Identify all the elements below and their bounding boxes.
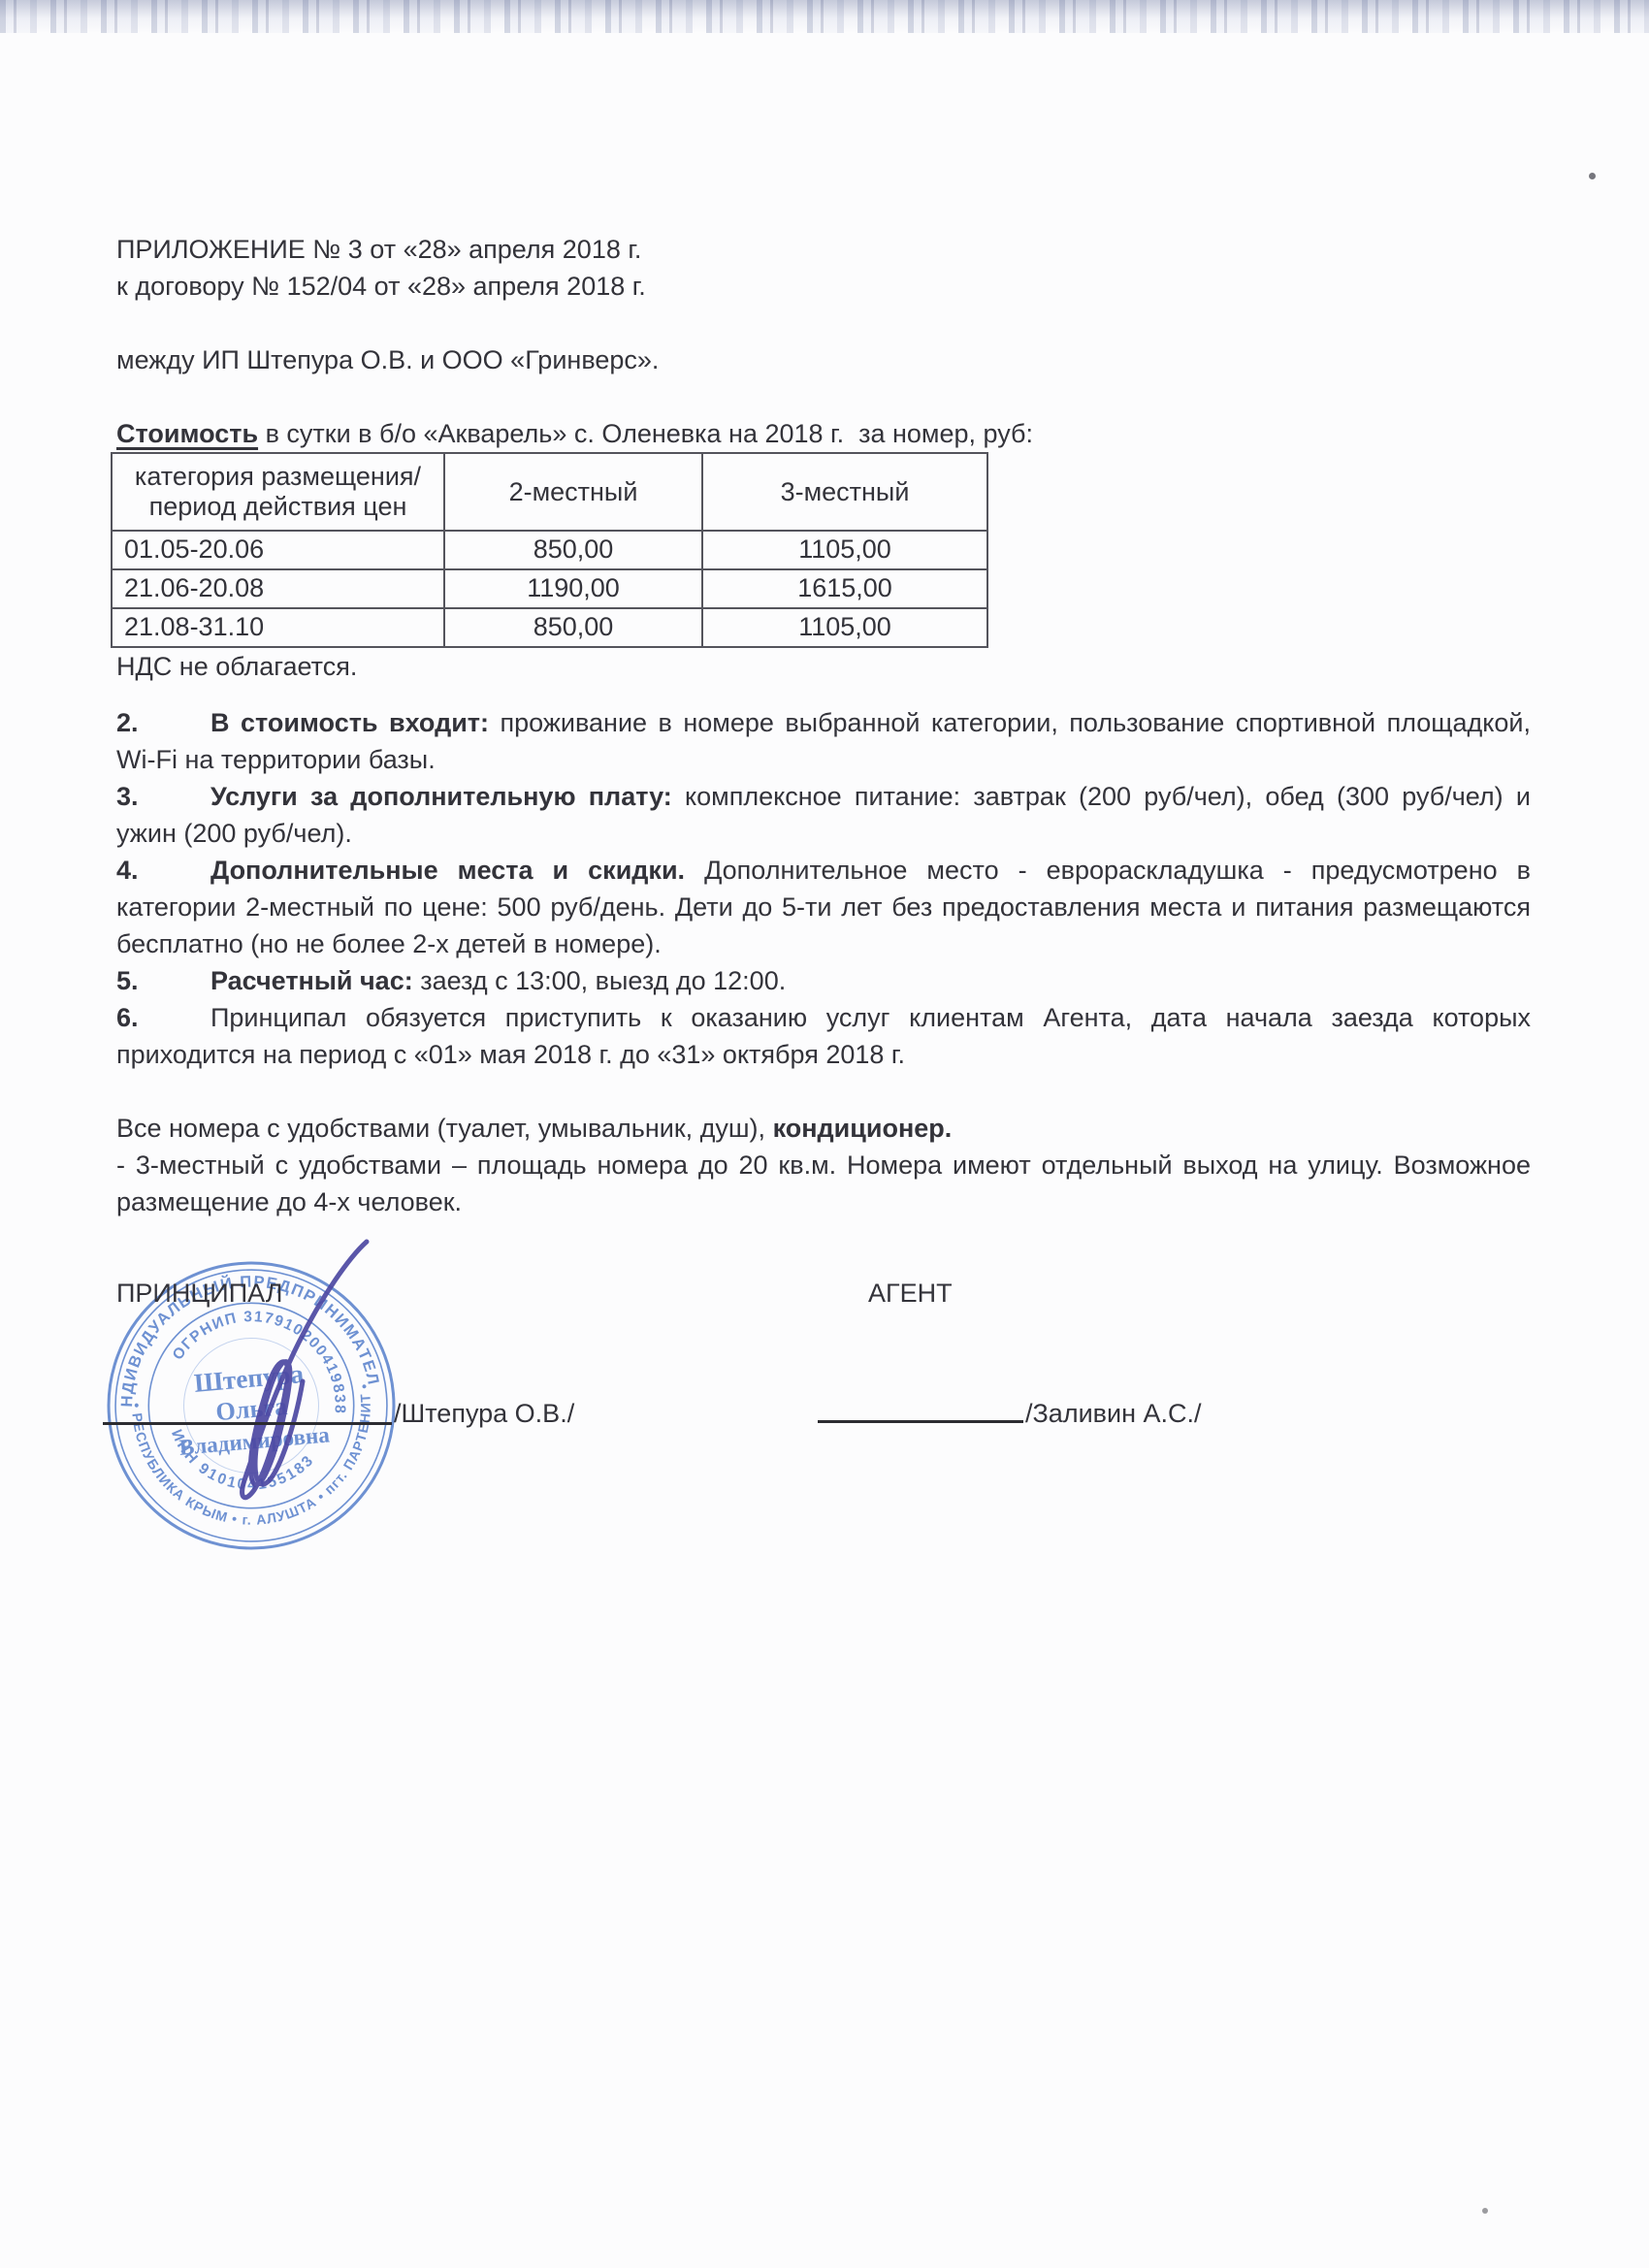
item-text: Принципал обязуется приступить к оказани… — [116, 1003, 1531, 1069]
cell-price-double: 1190,00 — [444, 569, 702, 608]
item-number: 6. — [116, 999, 210, 1036]
price-title: Стоимость в сутки в б/о «Акварель» с. Ол… — [116, 415, 1531, 452]
scan-speck-bottom-right — [1482, 2208, 1488, 2214]
header-cell-triple: 3-местный — [702, 453, 987, 531]
contract-item-6: 6.Принципал обязуется приступить к оказа… — [116, 999, 1531, 1073]
cell-price-triple: 1105,00 — [702, 531, 987, 569]
doc-header-line-1: ПРИЛОЖЕНИЕ № 3 от «28» апреля 2018 г. — [116, 231, 1531, 268]
agent-signature-line — [818, 1420, 1023, 1423]
price-table-row: 21.06-20.08 1190,00 1615,00 — [112, 569, 987, 608]
item-number: 3. — [116, 778, 210, 815]
contract-item-2: 2.В стоимость входит: проживание в номер… — [116, 704, 1531, 778]
scanner-artifact-band — [0, 0, 1649, 33]
header-cell-category: категория размещения/период действия цен — [112, 453, 444, 531]
scan-speck-top-right — [1589, 173, 1596, 179]
price-table-row: 01.05-20.06 850,00 1105,00 — [112, 531, 987, 569]
principal-label: ПРИНЦИПАЛ — [116, 1275, 282, 1312]
agent-label: АГЕНТ — [868, 1275, 953, 1312]
price-table: категория размещения/период действия цен… — [111, 452, 988, 648]
principal-name: /Штепура О.В./ — [394, 1395, 574, 1432]
price-table-row: 21.08-31.10 850,00 1105,00 — [112, 608, 987, 647]
doc-header-line-2: к договору № 152/04 от «28» апреля 2018 … — [116, 268, 1531, 305]
cell-price-triple: 1105,00 — [702, 608, 987, 647]
features-note: Все номера с удобствами (туалет, умываль… — [116, 1110, 1531, 1147]
item-lead: В стоимость входит: — [210, 708, 489, 737]
contract-item-4: 4.Дополнительные места и скидки. Дополни… — [116, 852, 1531, 962]
cell-price-double: 850,00 — [444, 531, 702, 569]
item-number: 5. — [116, 962, 210, 999]
item-lead: Расчетный час: — [210, 966, 413, 995]
item-lead: Услуги за дополнительную плату: — [210, 782, 672, 811]
cell-period: 21.08-31.10 — [112, 608, 444, 647]
price-table-header-row: категория размещения/период действия цен… — [112, 453, 987, 531]
header-cell-double: 2-местный — [444, 453, 702, 531]
contract-items: 2.В стоимость входит: проживание в номер… — [116, 704, 1531, 1073]
contract-item-5: 5.Расчетный час: заезд с 13:00, выезд до… — [116, 962, 1531, 999]
item-number: 4. — [116, 852, 210, 889]
vat-note: НДС не облагается. — [116, 648, 1531, 685]
parties-line: между ИП Штепура О.В. и ООО «Гринверс». — [116, 341, 1531, 378]
price-title-rest: в сутки в б/о «Акварель» с. Оленевка на … — [258, 419, 1033, 448]
contract-item-3: 3.Услуги за дополнительную плату: компле… — [116, 778, 1531, 852]
cell-period: 21.06-20.08 — [112, 569, 444, 608]
agent-name: /Заливин А.С./ — [1025, 1395, 1202, 1432]
room-note: - 3-местный с удобствами – площадь номер… — [116, 1147, 1531, 1220]
features-note-bold-tail: кондиционер. — [773, 1114, 953, 1143]
signatures-section: ИНДИВИДУАЛЬНЫЙ ПРЕДПРИНИМАТЕЛЬ • РЕСПУБЛ… — [116, 1275, 1531, 1895]
cell-price-triple: 1615,00 — [702, 569, 987, 608]
cell-period: 01.05-20.06 — [112, 531, 444, 569]
price-title-lead: Стоимость — [116, 419, 258, 448]
scanned-document-page: ПРИЛОЖЕНИЕ № 3 от «28» апреля 2018 г. к … — [0, 0, 1649, 2268]
features-note-text: Все номера с удобствами (туалет, умываль… — [116, 1114, 773, 1143]
item-text: заезд с 13:00, выезд до 12:00. — [413, 966, 787, 995]
item-lead: Дополнительные места и скидки. — [210, 856, 685, 885]
cell-price-double: 850,00 — [444, 608, 702, 647]
principal-signature-line — [103, 1422, 392, 1425]
item-number: 2. — [116, 704, 210, 741]
